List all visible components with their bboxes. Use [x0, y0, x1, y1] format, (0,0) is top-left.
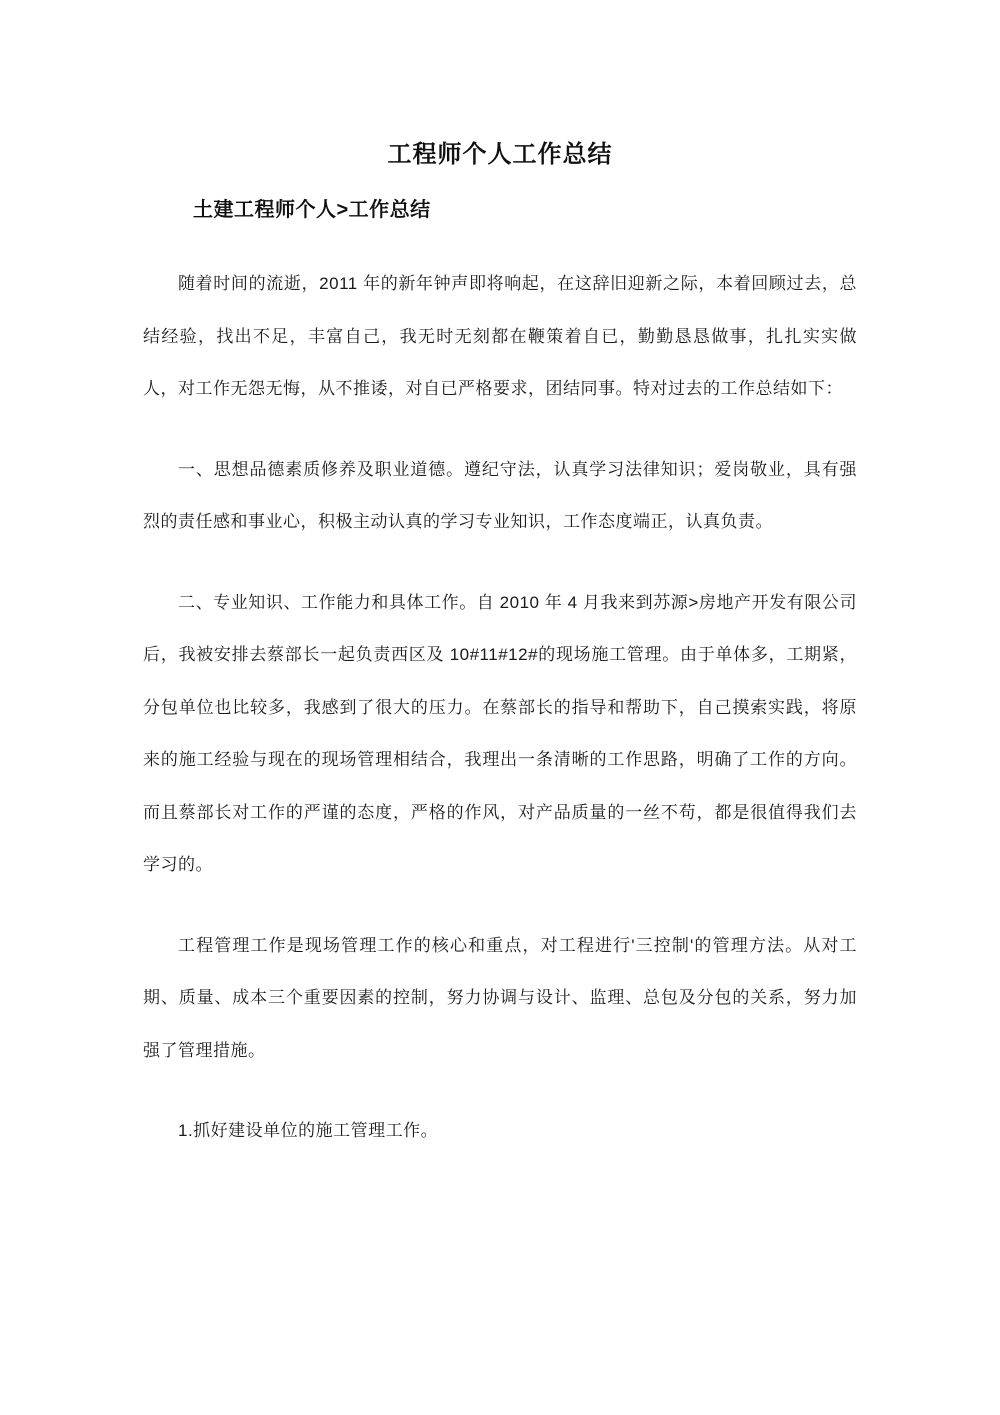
paragraph-3: 二、专业知识、工作能力和具体工作。自 2010 年 4 月我来到苏源>房地产开发…	[143, 577, 857, 892]
paragraph-5: 1.抓好建设单位的施工管理工作。	[143, 1105, 857, 1158]
document-subtitle: 土建工程师个人>工作总结	[193, 199, 857, 221]
paragraph-4: 工程管理工作是现场管理工作的核心和重点，对工程进行'三控制'的管理方法。从对工期…	[143, 920, 857, 1078]
document-page: 工程师个人工作总结 土建工程师个人>工作总结 随着时间的流逝，2011 年的新年…	[0, 0, 1000, 1415]
document-body: 随着时间的流逝，2011 年的新年钟声即将响起，在这辞旧迎新之际，本着回顾过去，…	[143, 258, 857, 1158]
paragraph-2: 一、思想品德素质修养及职业道德。遵纪守法，认真学习法律知识；爱岗敬业，具有强烈的…	[143, 444, 857, 549]
document-content: 工程师个人工作总结 土建工程师个人>工作总结 随着时间的流逝，2011 年的新年…	[0, 0, 1000, 1158]
document-title: 工程师个人工作总结	[143, 142, 857, 168]
paragraph-1: 随着时间的流逝，2011 年的新年钟声即将响起，在这辞旧迎新之际，本着回顾过去，…	[143, 258, 857, 416]
